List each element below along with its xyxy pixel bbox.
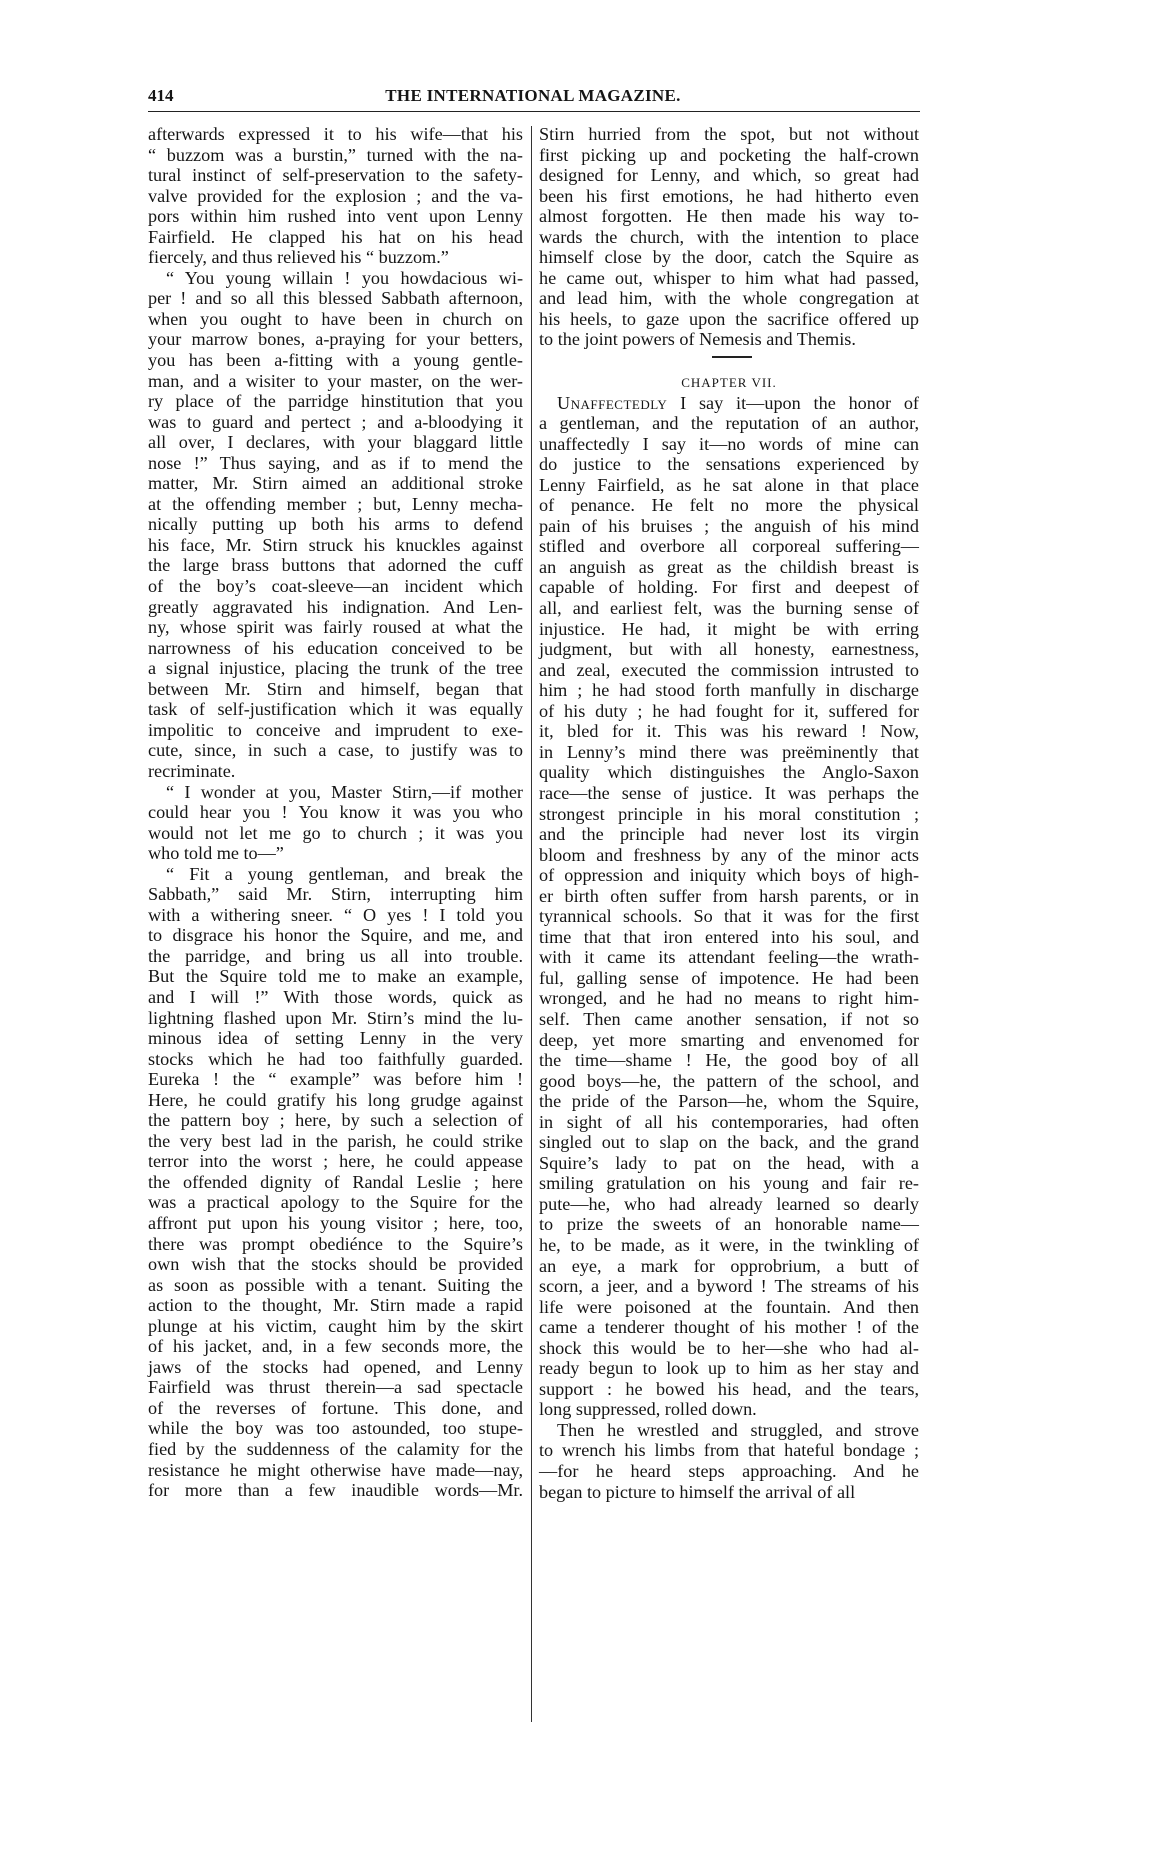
section-divider-rule	[712, 356, 752, 372]
text-line: time that that iron entered into his sou…	[539, 927, 919, 948]
text-line: stifled and overbore all corporeal suffe…	[539, 536, 919, 557]
text-line: he, to be made, as it were, in the twink…	[539, 1235, 919, 1256]
text-line: good boys—he, the pattern of the school,…	[539, 1071, 919, 1092]
text-line: injustice. He had, it might be with erri…	[539, 619, 919, 640]
text-line: between Mr. Stirn and himself, began tha…	[148, 679, 523, 700]
text-line: came a tenderer thought of his mother ! …	[539, 1317, 919, 1338]
text-line: Squire’s lady to pat on the head, with a	[539, 1153, 919, 1174]
text-line: race—the sense of justice. It was perhap…	[539, 783, 919, 804]
text-line: ready begun to look up to him as her sta…	[539, 1358, 919, 1379]
text-line: there was prompt obediénce to the Squire…	[148, 1234, 523, 1255]
text-line: Lenny Fairfield, as he sat alone in that…	[539, 475, 919, 496]
text-line: of penance. He felt no more the physical	[539, 495, 919, 516]
text-line: —for he heard steps approaching. And he	[539, 1461, 919, 1482]
text-line: affront put upon his young visitor ; her…	[148, 1213, 523, 1234]
text-line: scorn, a jeer, and a byword ! The stream…	[539, 1276, 919, 1297]
text-line: his heels, to gaze upon the sacrifice of…	[539, 309, 919, 330]
chapter-first-line: Unaffectedly I say it—upon the honor of	[539, 393, 919, 414]
text-line: almost forgotten. He then made his way t…	[539, 206, 919, 227]
text-line: matter, Mr. Stirn aimed an additional st…	[148, 473, 523, 494]
text-line: an eye, a mark for opprobrium, a butt of	[539, 1256, 919, 1277]
text-line: at the offending member ; but, Lenny mec…	[148, 494, 523, 515]
text-line: with it came its attendant feeling—the w…	[539, 947, 919, 968]
text-line: of oppression and iniquity which boys of…	[539, 865, 919, 886]
text-line: valve provided for the explosion ; and t…	[148, 186, 523, 207]
text-line: “ I wonder at you, Master Stirn,—if moth…	[148, 782, 523, 803]
text-line: who told me to—”	[148, 843, 523, 864]
text-line: fiercely, and thus relieved his “ buzzom…	[148, 247, 523, 268]
text-line: nose !” Thus saying, and as if to mend t…	[148, 453, 523, 474]
text-line: lightning flashed upon Mr. Stirn’s mind …	[148, 1008, 523, 1029]
text-line: capable of holding. For first and deepes…	[539, 577, 919, 598]
text-line: all, and earliest felt, was the burning …	[539, 598, 919, 619]
text-line: Fairfield. He clapped his hat on his hea…	[148, 227, 523, 248]
text-line: terror into the worst ; here, he could a…	[148, 1151, 523, 1172]
column-divider	[531, 126, 532, 1722]
text-line: of his jacket, and, in a few seconds mor…	[148, 1336, 523, 1357]
text-line: when you ought to have been in church on	[148, 309, 523, 330]
text-line: the large brass buttons that adorned the…	[148, 555, 523, 576]
text-line: and lead him, with the whole congregatio…	[539, 288, 919, 309]
text-line: support : he bowed his head, and the tea…	[539, 1379, 919, 1400]
text-line: would not let me go to church ; it was y…	[148, 823, 523, 844]
text-line: own wish that the stocks should be provi…	[148, 1254, 523, 1275]
text-line: “ Fit a young gentleman, and break the	[148, 864, 523, 885]
text-line: quality which distinguishes the Anglo-Sa…	[539, 762, 919, 783]
text-line: smiling gratulation on his young and fai…	[539, 1173, 919, 1194]
text-line: first picking up and pocketing the half-…	[539, 145, 919, 166]
text-line: him ; he had stood forth manfully in dis…	[539, 680, 919, 701]
text-line: and I will !” With those words, quick as	[148, 987, 523, 1008]
text-line: task of self-justification which it was …	[148, 699, 523, 720]
text-line: began to picture to himself the arrival …	[539, 1482, 919, 1503]
text-line: minous idea of setting Lenny in the very	[148, 1028, 523, 1049]
text-line: Sabbath,” said Mr. Stirn, interrupting h…	[148, 884, 523, 905]
text-line: narrowness of his education conceived to…	[148, 638, 523, 659]
text-line: pute—he, who had already learned so dear…	[539, 1194, 919, 1215]
text-line: long suppressed, rolled down.	[539, 1399, 919, 1420]
text-line: and zeal, executed the commission intrus…	[539, 660, 919, 681]
text-line: a signal injustice, placing the trunk of…	[148, 658, 523, 679]
text-line: the parridge, and bring us all into trou…	[148, 946, 523, 967]
text-line: as soon as possible with a tenant. Suiti…	[148, 1275, 523, 1296]
text-line: “ buzzom was a burstin,” turned with the…	[148, 145, 523, 166]
text-line: and the principle had never lost its vir…	[539, 824, 919, 845]
header-rule	[148, 111, 920, 112]
text-line: do justice to the sensations experienced…	[539, 454, 919, 475]
text-line: was a practical apology to the Squire fo…	[148, 1192, 523, 1213]
text-line: to prize the sweets of an honorable name…	[539, 1214, 919, 1235]
text-line: strongest principle in his moral constit…	[539, 804, 919, 825]
text-line: plunge at his victim, caught him by the …	[148, 1316, 523, 1337]
text-line: his face, Mr. Stirn struck his knuckles …	[148, 535, 523, 556]
text-line: Stirn hurried from the spot, but not wit…	[539, 124, 919, 145]
text-line: ny, whose spirit was fairly roused at wh…	[148, 617, 523, 638]
text-line: all over, I declares, with your blaggard…	[148, 432, 523, 453]
text-line: could hear you ! You know it was you who	[148, 802, 523, 823]
text-line: cute, since, in such a case, to justify …	[148, 740, 523, 761]
text-line: Fairfield was thrust therein—a sad spect…	[148, 1377, 523, 1398]
text-line: in sight of all his contemporaries, had …	[539, 1112, 919, 1133]
text-line: judgment, but with all honesty, earnestn…	[539, 639, 919, 660]
text-line: impolitic to conceive and imprudent to e…	[148, 720, 523, 741]
text-line: an anguish as great as the childish brea…	[539, 557, 919, 578]
text-line: while the boy was too astounded, too stu…	[148, 1418, 523, 1439]
text-line: self. Then came another sensation, if no…	[539, 1009, 919, 1030]
text-line: jaws of the stocks had opened, and Lenny	[148, 1357, 523, 1378]
text-line: to disgrace his honor the Squire, and me…	[148, 925, 523, 946]
text-line: deep, yet more smarting and envenomed fo…	[539, 1030, 919, 1051]
text-line: wronged, and he had no means to right hi…	[539, 988, 919, 1009]
text-line: action to the thought, Mr. Stirn made a …	[148, 1295, 523, 1316]
text-line: of his duty ; he had fought for it, suff…	[539, 701, 919, 722]
text-line: fied by the suddenness of the calamity f…	[148, 1439, 523, 1460]
text-line: to the joint powers of Nemesis and Themi…	[539, 329, 919, 350]
text-line: the pride of the Parson—he, whom the Squ…	[539, 1091, 919, 1112]
text-line: to wrench his limbs from that hateful bo…	[539, 1440, 919, 1461]
text-line: ry place of the parridge hinstitution th…	[148, 391, 523, 412]
text-line: recriminate.	[148, 761, 523, 782]
text-line: er birth often suffer from harsh parents…	[539, 886, 919, 907]
text-line: tural instinct of self-preservation to t…	[148, 165, 523, 186]
text-line: man, and a wisiter to your master, on th…	[148, 371, 523, 392]
text-line: “ You young willain ! you howdacious wi-	[148, 268, 523, 289]
text-line: life were poisoned at the fountain. And …	[539, 1297, 919, 1318]
text-line: greatly aggravated his indignation. And …	[148, 597, 523, 618]
text-line: been his first emotions, he had hitherto…	[539, 186, 919, 207]
text-line: the time—shame ! He, the good boy of all	[539, 1050, 919, 1071]
text-line: Then he wrestled and struggled, and stro…	[539, 1420, 919, 1441]
text-line: with a withering sneer. “ O yes ! I told…	[148, 905, 523, 926]
text-line: the offended dignity of Randal Leslie ; …	[148, 1172, 523, 1193]
text-line: ful, galling sense of impotence. He had …	[539, 968, 919, 989]
text-line: Here, he could gratify his long grudge a…	[148, 1090, 523, 1111]
text-line: your marrow bones, a-praying for your be…	[148, 329, 523, 350]
text-line: per ! and so all this blessed Sabbath af…	[148, 288, 523, 309]
text-line: the very best lad in the parish, he coul…	[148, 1131, 523, 1152]
chapter-heading: CHAPTER VII.	[539, 372, 919, 393]
text-line: Eureka ! the “ example” was before him !	[148, 1069, 523, 1090]
text-line: stocks which he had too faithfully guard…	[148, 1049, 523, 1070]
text-line: But the Squire told me to make an exampl…	[148, 966, 523, 987]
text-line: shock this would be to her—she who had a…	[539, 1338, 919, 1359]
text-line: tyrannical schools. So that it was for t…	[539, 906, 919, 927]
text-line: nically putting up both his arms to defe…	[148, 514, 523, 535]
text-line: singled out to slap on the back, and the…	[539, 1132, 919, 1153]
text-line: designed for Lenny, and which, so great …	[539, 165, 919, 186]
text-line: afterwards expressed it to his wife—that…	[148, 124, 523, 145]
text-line: it, bled for it. This was his reward ! N…	[539, 721, 919, 742]
text-line: pain of his bruises ; the anguish of his…	[539, 516, 919, 537]
running-title: THE INTERNATIONAL MAGAZINE.	[148, 86, 918, 106]
text-line: a gentleman, and the reputation of an au…	[539, 413, 919, 434]
text-line: of the reverses of fortune. This done, a…	[148, 1398, 523, 1419]
chapter-first-word: Unaffectedly	[557, 393, 667, 413]
text-line: resistance he might otherwise have made—…	[148, 1460, 523, 1481]
text-line: himself close by the door, catch the Squ…	[539, 247, 919, 268]
text-line: he came out, whisper to him what had pas…	[539, 268, 919, 289]
right-column: Stirn hurried from the spot, but not wit…	[539, 124, 919, 1502]
left-column: afterwards expressed it to his wife—that…	[148, 124, 523, 1501]
text-line: pors within him rushed into vent upon Le…	[148, 206, 523, 227]
text-line: was to guard and pertect ; and a-bloodyi…	[148, 412, 523, 433]
text-line: in Lenny’s mind there was preëminently t…	[539, 742, 919, 763]
text-line: the pattern boy ; here, by such a select…	[148, 1110, 523, 1131]
text-line: wards the church, with the intention to …	[539, 227, 919, 248]
text-line: unaffectedly I say it—no words of mine c…	[539, 434, 919, 455]
text-line: bloom and freshness by any of the minor …	[539, 845, 919, 866]
page-header: 414 THE INTERNATIONAL MAGAZINE.	[148, 86, 918, 108]
text-line: for more than a few inaudible words—Mr.	[148, 1480, 523, 1501]
text-line: of the boy’s coat-sleeve—an incident whi…	[148, 576, 523, 597]
text-line: you has been a-fitting with a young gent…	[148, 350, 523, 371]
